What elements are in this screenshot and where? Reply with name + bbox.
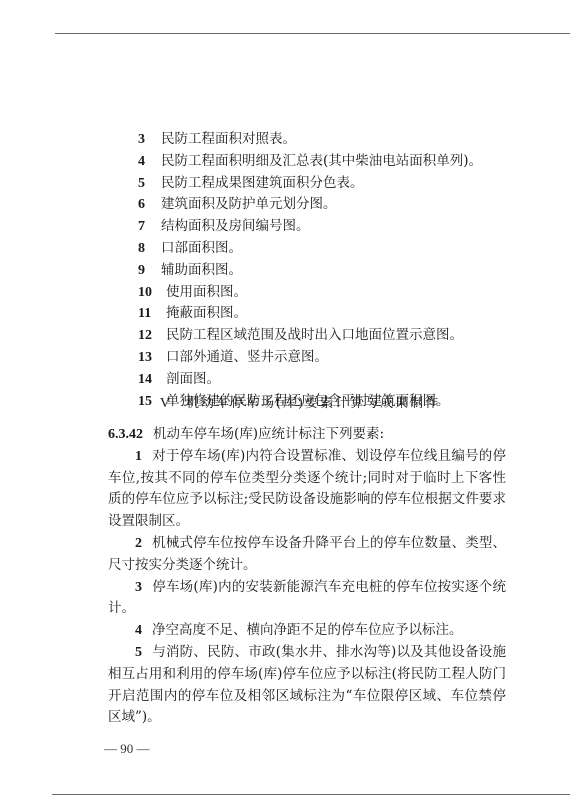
section-roman-numeral: V	[160, 396, 172, 411]
drawing-list: 3民防工程面积对照表。 4民防工程面积明细及汇总表(其中柴油电站面积单列)。 5…	[138, 129, 482, 412]
list-item-text: 结构面积及房间编号图。	[161, 218, 310, 234]
list-item-text: 民防工程面积对照表。	[161, 131, 296, 147]
clause-item-text: 机械式停车位按停车设备升降平台上的停车位数量、类型、尺寸按实分类逐个统计。	[108, 535, 506, 573]
clause-item-number: 3	[135, 580, 142, 595]
list-item: 9辅助面积图。	[138, 260, 482, 282]
list-item-number: 13	[138, 347, 166, 369]
list-item-text: 民防工程面积明细及汇总表(其中柴油电站面积单列)。	[161, 153, 482, 169]
clause-item-text: 停车场(库)内的安装新能源汽车充电桩的停车位按实逐个统计。	[108, 579, 506, 617]
list-item-text: 口部面积图。	[161, 240, 242, 256]
clause-item-number: 5	[135, 645, 142, 660]
list-item: 12民防工程区域范围及战时出入口地面位置示意图。	[138, 325, 482, 347]
clause-item-text: 对于停车场(库)内符合设置标准、划设停车位线且编号的停车位,按其不同的停车位类型…	[108, 448, 506, 529]
list-item-text: 辅助面积图。	[161, 262, 242, 278]
section-heading: V机动车停车场(库)要素计算与成果制作	[0, 392, 570, 412]
clause-item: 4净空高度不足、横向净距不足的停车位应予以标注。	[108, 620, 506, 642]
list-item: 11掩蔽面积图。	[138, 303, 482, 325]
list-item-text: 建筑面积及防护单元划分图。	[161, 196, 337, 212]
page-number: — 90 —	[104, 741, 150, 757]
list-item-text: 掩蔽面积图。	[166, 305, 247, 321]
list-item-text: 使用面积图。	[166, 284, 247, 300]
clause-item-text: 与消防、民防、市政(集水井、排水沟等)以及其他设备设施相互占用和利用的停车场(库…	[108, 644, 506, 725]
list-item: 13口部外通道、竖井示意图。	[138, 347, 482, 369]
clause-item: 1对于停车场(库)内符合设置标准、划设停车位线且编号的停车位,按其不同的停车位类…	[108, 446, 506, 533]
list-item-number: 9	[138, 260, 161, 282]
list-item: 3民防工程面积对照表。	[138, 129, 482, 151]
clause-block: 6.3.42机动车停车场(库)应统计标注下列要素: 1对于停车场(库)内符合设置…	[108, 424, 506, 729]
list-item-number: 4	[138, 151, 161, 173]
list-item-number: 7	[138, 216, 161, 238]
clause-item: 2机械式停车位按停车设备升降平台上的停车位数量、类型、尺寸按实分类逐个统计。	[108, 533, 506, 577]
list-item-number: 8	[138, 238, 161, 260]
clause-item-text: 净空高度不足、横向净距不足的停车位应予以标注。	[152, 622, 463, 638]
list-item: 14剖面图。	[138, 369, 482, 391]
top-rule	[55, 33, 570, 34]
clause-item-number: 1	[135, 449, 142, 464]
list-item-number: 6	[138, 194, 161, 216]
list-item: 5民防工程成果图建筑面积分色表。	[138, 173, 482, 195]
list-item-text: 民防工程区域范围及战时出入口地面位置示意图。	[166, 327, 463, 343]
clause-number: 6.3.42	[108, 427, 143, 442]
list-item-text: 剖面图。	[166, 371, 220, 387]
list-item: 8口部面积图。	[138, 238, 482, 260]
clause-item: 5与消防、民防、市政(集水井、排水沟等)以及其他设备设施相互占用和利用的停车场(…	[108, 642, 506, 729]
list-item-number: 14	[138, 369, 166, 391]
clause-text: 机动车停车场(库)应统计标注下列要素:	[153, 426, 384, 442]
list-item: 4民防工程面积明细及汇总表(其中柴油电站面积单列)。	[138, 151, 482, 173]
section-title-text: 机动车停车场(库)要素计算与成果制作	[186, 396, 440, 411]
clause-item: 3停车场(库)内的安装新能源汽车充电桩的停车位按实逐个统计。	[108, 577, 506, 621]
list-item-text: 口部外通道、竖井示意图。	[166, 349, 328, 365]
list-item: 10使用面积图。	[138, 282, 482, 304]
list-item: 7结构面积及房间编号图。	[138, 216, 482, 238]
list-item-number: 3	[138, 129, 161, 151]
clause-item-number: 2	[135, 536, 142, 551]
clause-item-number: 4	[135, 623, 142, 638]
list-item-number: 11	[138, 303, 166, 325]
list-item-text: 民防工程成果图建筑面积分色表。	[161, 175, 364, 191]
list-item-number: 10	[138, 282, 166, 304]
clause-heading: 6.3.42机动车停车场(库)应统计标注下列要素:	[108, 424, 506, 446]
list-item-number: 12	[138, 325, 166, 347]
list-item-number: 5	[138, 173, 161, 195]
bottom-rule	[52, 794, 570, 795]
list-item: 6建筑面积及防护单元划分图。	[138, 194, 482, 216]
